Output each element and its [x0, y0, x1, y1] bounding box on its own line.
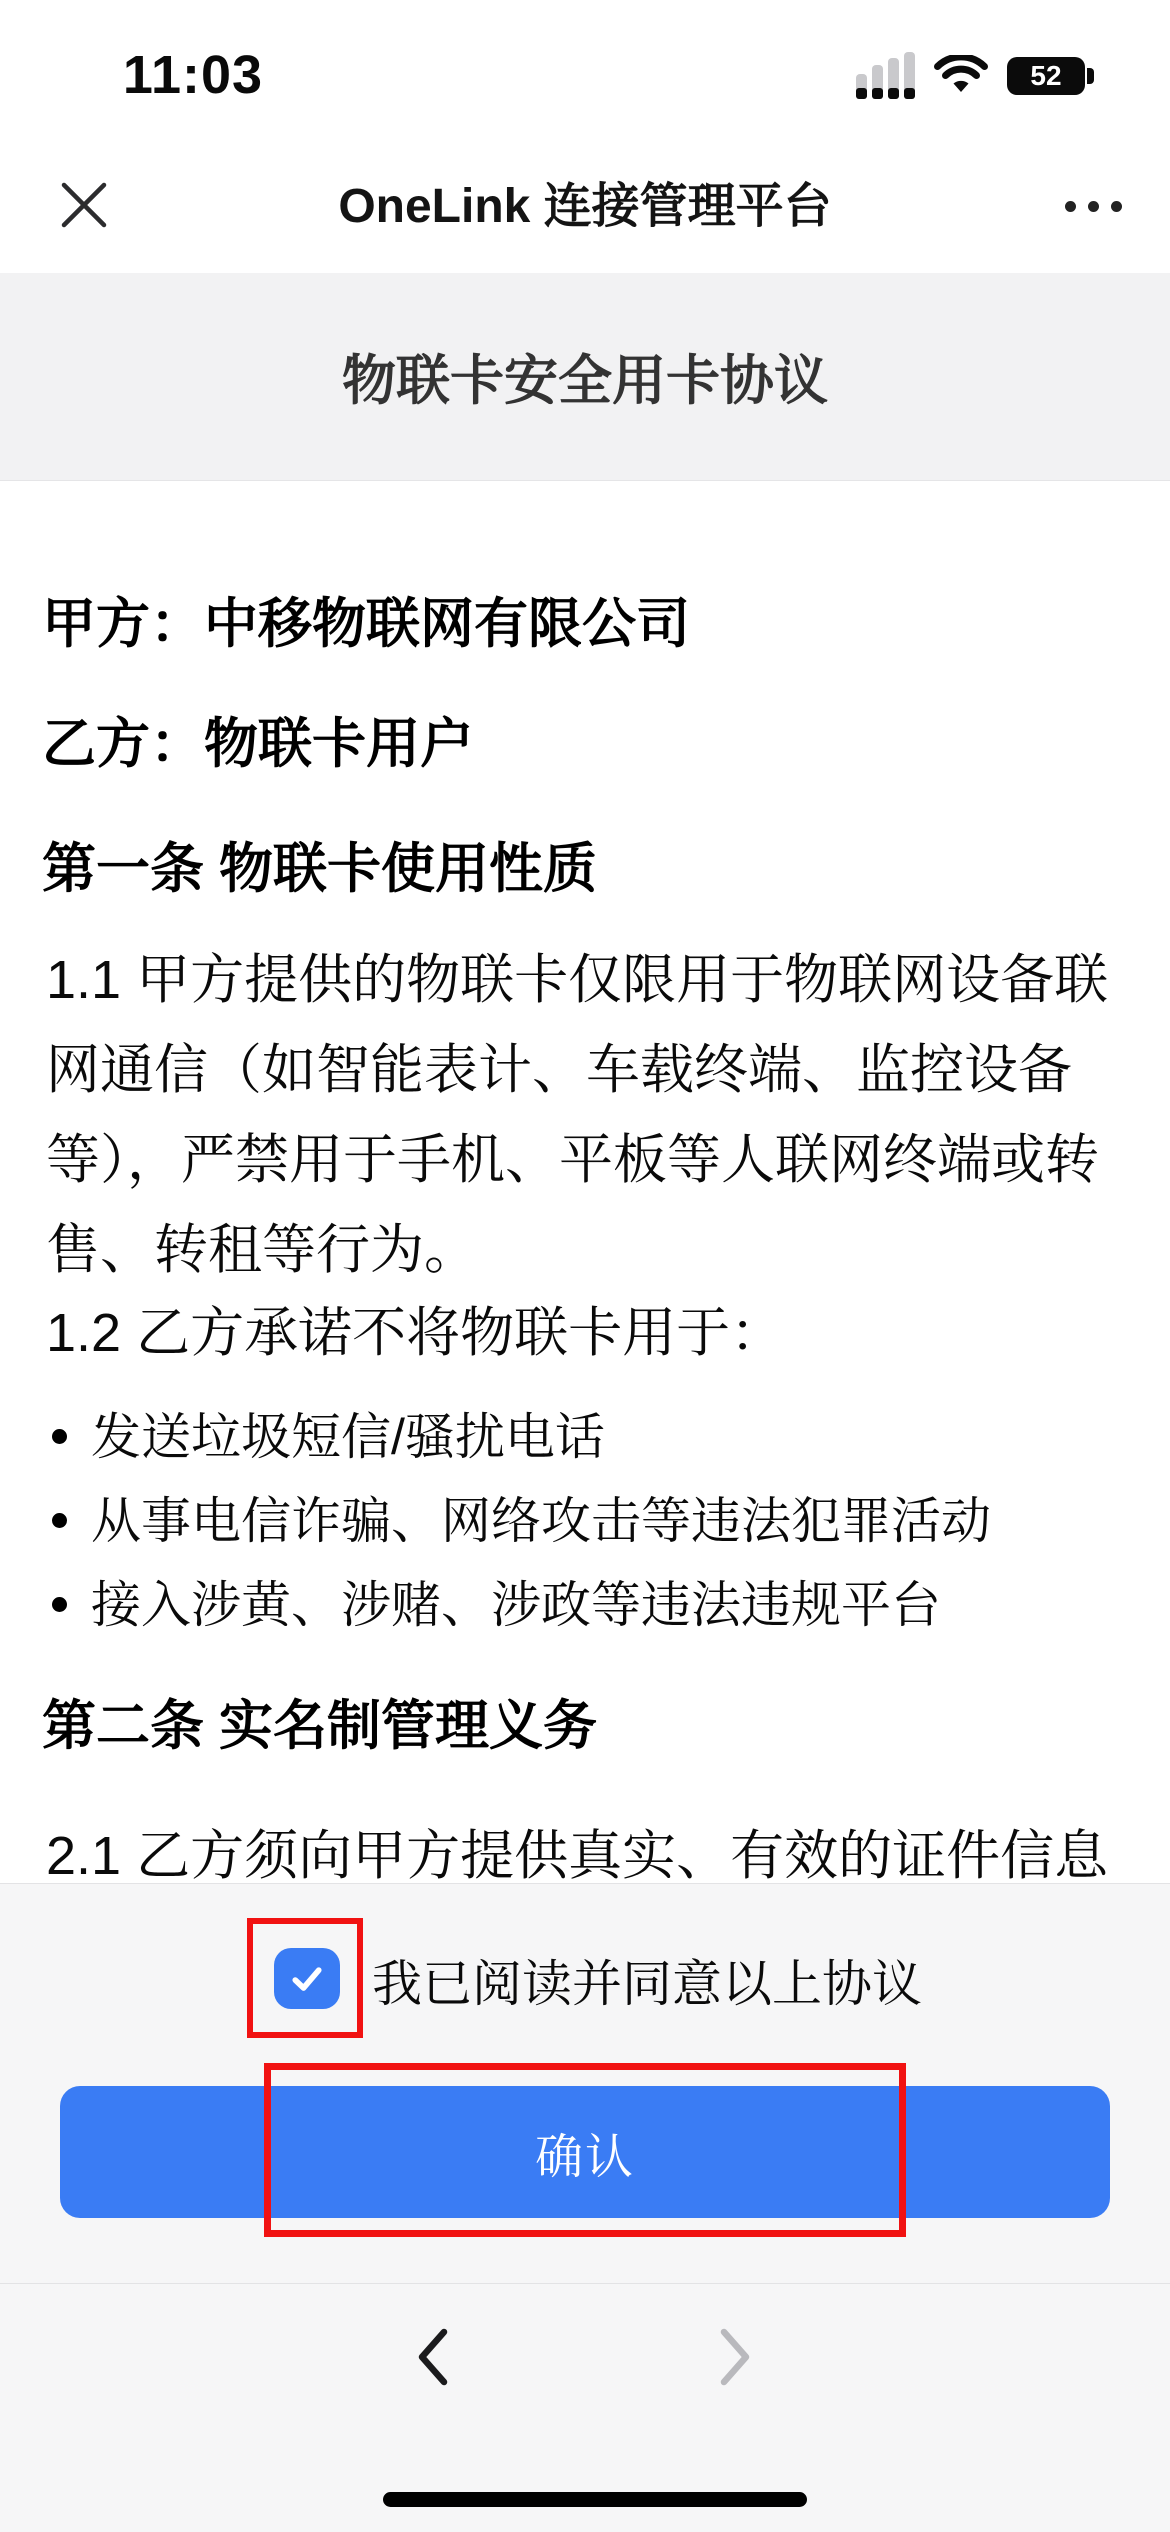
home-indicator[interactable]: [383, 2492, 807, 2507]
clause-2-1-paragraph: 2.1 乙方须向甲方提供真实、有效的证件信息: [46, 1828, 1124, 1882]
webview-navbar: OneLink 连接管理平台: [0, 130, 1170, 273]
party-b-line: 乙方：物联卡用户: [42, 716, 1124, 772]
agree-checkbox[interactable]: [274, 1948, 340, 2009]
battery-level: 52: [1030, 60, 1061, 92]
browser-toolbar: [0, 2283, 1170, 2532]
bullet-dot: [52, 1597, 67, 1612]
battery-nub: [1087, 68, 1094, 84]
clause-1-2-paragraph: 1.2 乙方承诺不将物联卡用于：: [46, 1305, 1124, 1361]
clause-1-1-paragraph: 1.1 甲方提供的物联卡仅限用于物联网设备联网通信（如智能表计、车载终端、监控设…: [46, 935, 1124, 1295]
agreement-scroll-area[interactable]: 甲方：中移物联网有限公司 乙方：物联卡用户 第一条 物联卡使用性质 1.1 甲方…: [0, 481, 1170, 1882]
status-time: 11:03: [88, 44, 298, 106]
battery-icon: 52: [1007, 57, 1094, 95]
bullet-text: 接入涉黄、涉赌、涉政等违法违规平台: [91, 1577, 941, 1633]
page-title: OneLink 连接管理平台: [0, 130, 1170, 273]
bullet-dot: [52, 1513, 67, 1528]
bullet-text: 从事电信诈骗、网络攻击等违法犯罪活动: [91, 1493, 991, 1549]
confirm-button-label: 确认: [535, 2118, 635, 2187]
confirm-button[interactable]: 确认: [60, 2086, 1110, 2218]
bullet-dot: [52, 1429, 67, 1444]
bullet-item: 接入涉黄、涉赌、涉政等违法违规平台: [42, 1577, 1124, 1633]
clause-2-heading: 第二条 实名制管理义务: [42, 1698, 1124, 1754]
more-menu-icon[interactable]: [1065, 178, 1122, 234]
status-icons: 52: [856, 52, 1094, 99]
wifi-icon: [934, 55, 988, 97]
back-chevron-icon[interactable]: [416, 2328, 450, 2386]
party-a-line: 甲方：中移物联网有限公司: [42, 596, 1124, 652]
cellular-signal-icon: [856, 52, 915, 99]
agreement-footer-panel: 我已阅读并同意以上协议 确认: [0, 1883, 1170, 2283]
clause-1-heading: 第一条 物联卡使用性质: [42, 841, 1124, 897]
agree-label[interactable]: 我已阅读并同意以上协议: [372, 1950, 922, 2010]
document-header: 物联卡安全用卡协议: [0, 273, 1170, 481]
forward-chevron-icon[interactable]: [718, 2328, 752, 2386]
phone-screen: 11:03 52 One: [0, 0, 1170, 2532]
bullet-item: 从事电信诈骗、网络攻击等违法犯罪活动: [42, 1493, 1124, 1549]
status-bar: 11:03 52: [0, 0, 1170, 130]
checkmark-icon: [285, 1957, 329, 2001]
document-title: 物联卡安全用卡协议: [342, 338, 828, 415]
bullet-text: 发送垃圾短信/骚扰电话: [91, 1409, 605, 1465]
bullet-item: 发送垃圾短信/骚扰电话: [42, 1409, 1124, 1465]
